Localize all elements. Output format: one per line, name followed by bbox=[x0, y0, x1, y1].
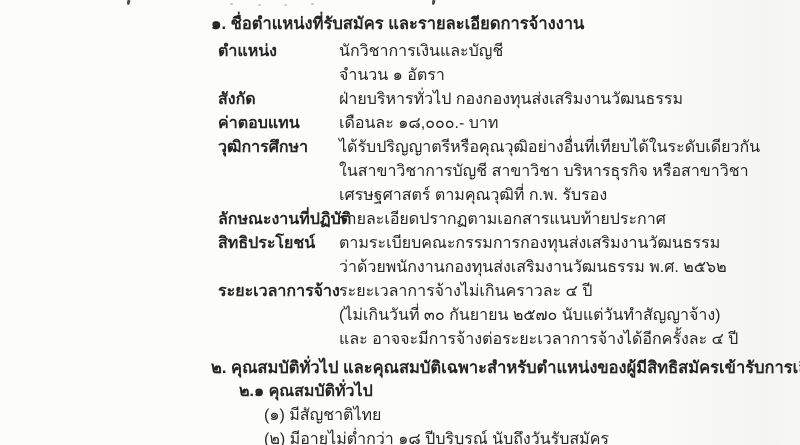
field-value: ระยะเวลาการจ้างไม่เกินคราวละ ๔ ปี (ไม่เก… bbox=[339, 280, 738, 352]
field-row-position: ตำแหน่ง นักวิชาการเงินและบัญชี จำนวน ๑ อ… bbox=[218, 40, 760, 88]
field-value-line: ในสาขาวิชาการบัญชี สาขาวิชา บริหารธุรกิจ… bbox=[339, 160, 760, 184]
qualification-list: (๑) มีสัญชาติไทย (๒) มีอายุไม่ต่ำกว่า ๑๘… bbox=[264, 404, 800, 445]
field-label: วุฒิการศึกษา bbox=[218, 136, 339, 160]
field-row-compensation: ค่าตอบแทน เดือนละ ๑๘,๐๐๐.- บาท bbox=[218, 112, 760, 136]
field-label: สังกัด bbox=[218, 88, 339, 112]
page-crop-artifact bbox=[127, 0, 131, 5]
qualification-item: (๒) มีอายุไม่ต่ำกว่า ๑๘ ปีบริบูรณ์ นับถึ… bbox=[264, 428, 800, 445]
field-label: สิทธิประโยชน์ bbox=[218, 232, 339, 256]
field-value-line: ว่าด้วยพนักงานกองทุนส่งเสริมงานวัฒนธรรม … bbox=[339, 256, 727, 280]
field-label: ค่าตอบแทน bbox=[218, 112, 339, 136]
page-crop-artifact bbox=[284, 4, 287, 6]
section1-heading: ๑. ชื่อตำแหน่งที่รับสมัคร และรายละเอียดก… bbox=[211, 12, 584, 36]
field-label: ตำแหน่ง bbox=[218, 40, 339, 64]
field-value: ได้รับปริญญาตรีหรือคุณวุฒิอย่างอื่นที่เท… bbox=[339, 136, 760, 208]
field-value-line: และ อาจจะมีการจ้างต่อระยะเวลาการจ้างได้อ… bbox=[339, 328, 738, 352]
field-value: ตามระเบียบคณะกรรมการกองทุนส่งเสริมงานวัฒ… bbox=[339, 232, 727, 280]
field-row-employment-period: ระยะเวลาการจ้าง ระยะเวลาการจ้างไม่เกินคร… bbox=[218, 280, 760, 352]
field-value-line: เศรษฐศาสตร์ ตามคุณวุฒิที่ ก.พ. รับรอง bbox=[339, 184, 760, 208]
field-value-line: ระยะเวลาการจ้างไม่เกินคราวละ ๔ ปี bbox=[339, 280, 738, 304]
field-row-job-description: ลักษณะงานที่ปฏิบัติ รายละเอียดปรากฏตามเอ… bbox=[218, 208, 760, 232]
field-row-affiliation: สังกัด ฝ่ายบริหารทั่วไป กองกองทุนส่งเสริ… bbox=[218, 88, 760, 112]
field-value-line: นักวิชาการเงินและบัญชี bbox=[339, 40, 503, 64]
field-row-benefits: สิทธิประโยชน์ ตามระเบียบคณะกรรมการกองทุน… bbox=[218, 232, 760, 280]
page-crop-artifact bbox=[432, 0, 436, 5]
document-page: ๑. ชื่อตำแหน่งที่รับสมัคร และรายละเอียดก… bbox=[0, 0, 800, 445]
page-crop-artifact bbox=[311, 3, 314, 5]
field-value-line: ได้รับปริญญาตรีหรือคุณวุฒิอย่างอื่นที่เท… bbox=[339, 136, 760, 160]
field-value: รายละเอียดปรากฏตามเอกสารแนบท้ายประกาศ bbox=[339, 208, 666, 232]
field-value-line: จำนวน ๑ อัตรา bbox=[339, 64, 503, 88]
field-row-education: วุฒิการศึกษา ได้รับปริญญาตรีหรือคุณวุฒิอ… bbox=[218, 136, 760, 208]
field-value: ฝ่ายบริหารทั่วไป กองกองทุนส่งเสริมงานวัฒ… bbox=[339, 88, 683, 112]
page-crop-artifact bbox=[258, 4, 261, 6]
field-value: นักวิชาการเงินและบัญชี จำนวน ๑ อัตรา bbox=[339, 40, 503, 88]
field-value-line: ฝ่ายบริหารทั่วไป กองกองทุนส่งเสริมงานวัฒ… bbox=[339, 88, 683, 112]
field-label: ระยะเวลาการจ้าง bbox=[218, 280, 339, 304]
subsection-heading: ๒.๑ คุณสมบัติทั่วไป bbox=[239, 380, 800, 404]
section2-heading: ๒. คุณสมบัติทั่วไป และคุณสมบัติเฉพาะสำหร… bbox=[211, 356, 800, 380]
field-value: เดือนละ ๑๘,๐๐๐.- บาท bbox=[339, 112, 498, 136]
section-qualifications: ๒. คุณสมบัติทั่วไป และคุณสมบัติเฉพาะสำหร… bbox=[211, 356, 800, 445]
qualification-item: (๑) มีสัญชาติไทย bbox=[264, 404, 800, 428]
field-value-line: รายละเอียดปรากฏตามเอกสารแนบท้ายประกาศ bbox=[339, 208, 666, 232]
field-label: ลักษณะงานที่ปฏิบัติ bbox=[218, 208, 339, 232]
field-value-line: ตามระเบียบคณะกรรมการกองทุนส่งเสริมงานวัฒ… bbox=[339, 232, 727, 256]
section-position-details: ตำแหน่ง นักวิชาการเงินและบัญชี จำนวน ๑ อ… bbox=[218, 40, 760, 352]
field-value-line: (ไม่เกินวันที่ ๓๐ กันยายน ๒๕๗๐ นับแต่วัน… bbox=[339, 304, 738, 328]
page-crop-artifact bbox=[230, 3, 233, 5]
field-value-line: เดือนละ ๑๘,๐๐๐.- บาท bbox=[339, 112, 498, 136]
